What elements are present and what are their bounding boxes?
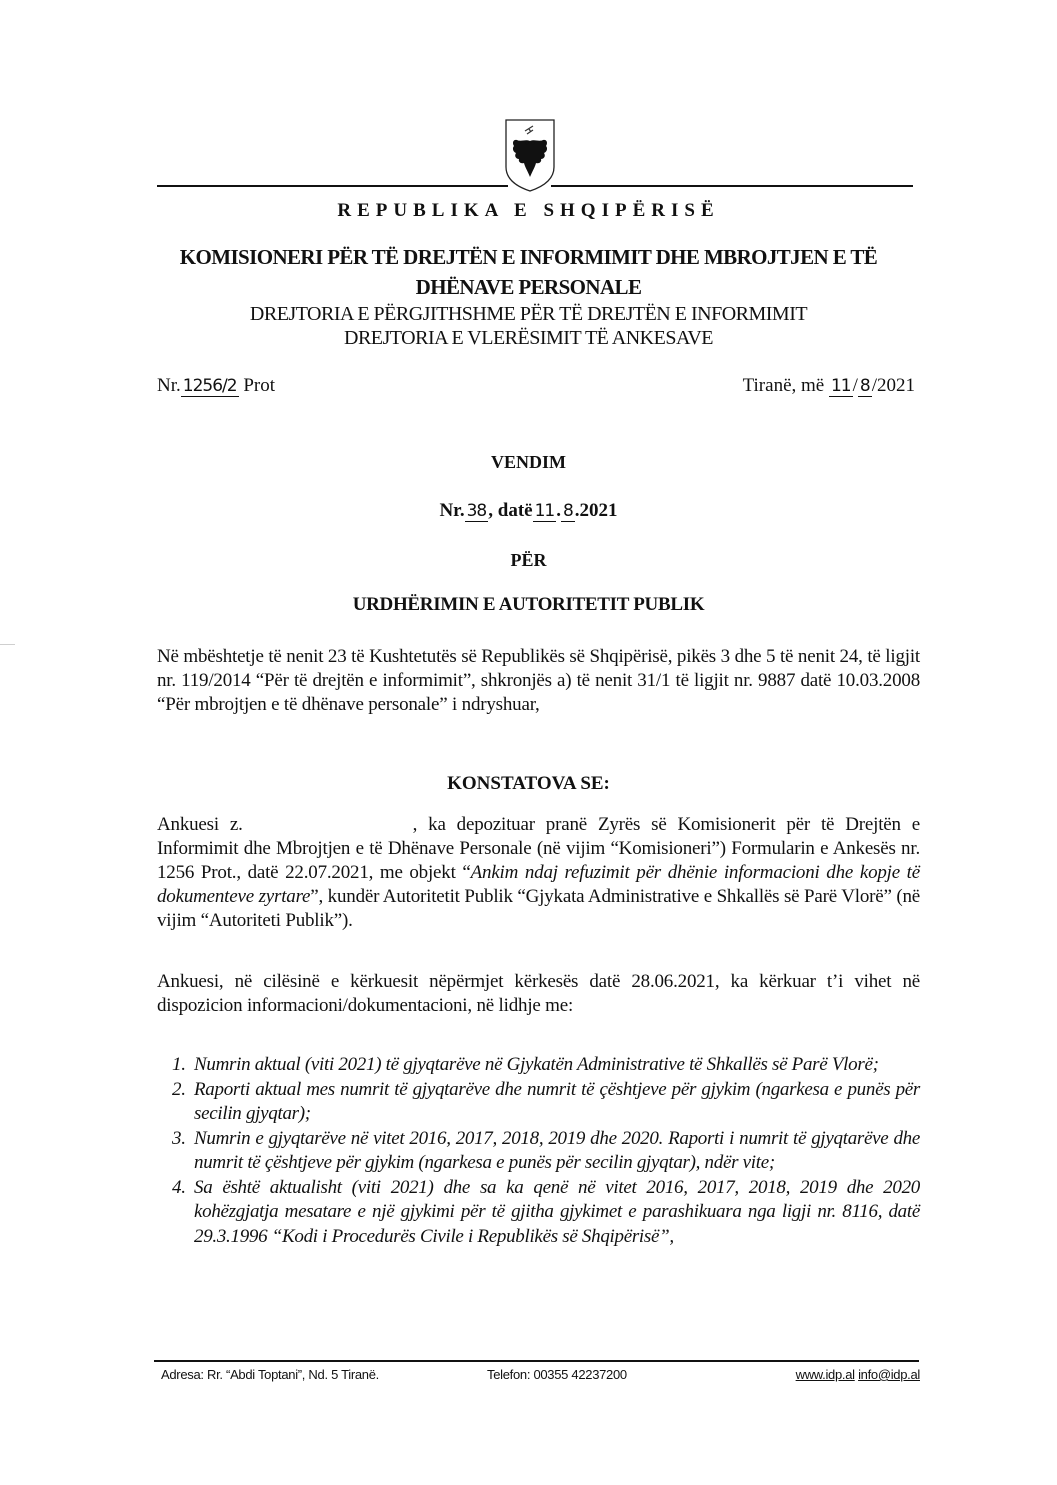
decision-date-label: , datë (488, 500, 532, 521)
protocol-number-value: 1256/2 (181, 376, 239, 397)
decision-day: 11 (533, 501, 557, 522)
email-link[interactable]: info@idp.al (858, 1367, 920, 1382)
header-rule-left (157, 185, 508, 187)
decision-month: 8 (561, 501, 575, 522)
legal-basis-paragraph: Në mbështetje të nenit 23 të Kushtetutës… (157, 645, 920, 717)
date-year: /2021 (872, 375, 915, 396)
directorate-evaluation: DREJTORIA E VLERËSIMIT TË ANKESAVE (0, 327, 1057, 350)
decision-subject: URDHËRIMIN E AUTORITETIT PUBLIK (0, 594, 1057, 616)
complaint-start: Ankuesi z. (157, 814, 243, 835)
complaint-paragraph: Ankuesi z., ka depozituar pranë Zyrës së… (157, 813, 920, 933)
website-link[interactable]: www.idp.al (796, 1367, 855, 1382)
institution-title-line2: DHËNAVE PERSONALE (0, 275, 1057, 300)
request-list: 1.Numrin aktual (viti 2021) të gjyqtarëv… (172, 1053, 920, 1249)
republic-heading: REPUBLIKA E SHQIPËRISË (0, 200, 1057, 222)
protocol-suffix: Prot (243, 375, 275, 396)
protocol-number: Nr.1256/2 Prot (157, 375, 275, 397)
list-item: 3.Numrin e gjyqtarëve në vitet 2016, 201… (172, 1127, 920, 1176)
decision-title: VENDIM (0, 452, 1057, 473)
footer-address: Adresa: Rr. “Abdi Toptani”, Nd. 5 Tiranë… (161, 1367, 379, 1382)
list-item: 4.Sa është aktualisht (viti 2021) dhe sa… (172, 1176, 920, 1250)
for-label: PËR (0, 550, 1057, 571)
list-item: 1.Numrin aktual (viti 2021) të gjyqtarëv… (172, 1053, 920, 1078)
decision-number: 38 (465, 501, 489, 522)
date-day: 11 (829, 376, 853, 397)
footer-links: www.idp.al info@idp.al (796, 1367, 920, 1382)
findings-heading: KONSTATOVA SE: (0, 773, 1057, 795)
footer-phone: Telefon: 00355 42237200 (487, 1367, 627, 1382)
decision-year: .2021 (575, 500, 618, 521)
list-item: 2.Raporti aktual mes numrit të gjyqtarëv… (172, 1078, 920, 1127)
place-and-date: Tiranë, më 11/8/2021 (700, 375, 915, 397)
albanian-coat-of-arms-icon (503, 117, 557, 193)
request-intro-paragraph: Ankuesi, në cilësinë e kërkuesit nëpërmj… (157, 970, 920, 1018)
scan-edge-mark (0, 644, 15, 645)
header-rule-right (551, 185, 913, 187)
decision-nr-label: Nr. (439, 500, 464, 521)
nr-label: Nr. (157, 375, 181, 396)
date-month: 8 (858, 376, 872, 397)
directorate-general: DREJTORIA E PËRGJITHSHME PËR TË DREJTËN … (0, 303, 1057, 326)
institution-title-line1: KOMISIONERI PËR TË DREJTËN E INFORMIMIT … (0, 245, 1057, 270)
footer-rule (154, 1360, 919, 1362)
decision-number-line: Nr.38, datë11.8.2021 (0, 500, 1057, 522)
place-prefix: Tiranë, më (743, 375, 825, 396)
